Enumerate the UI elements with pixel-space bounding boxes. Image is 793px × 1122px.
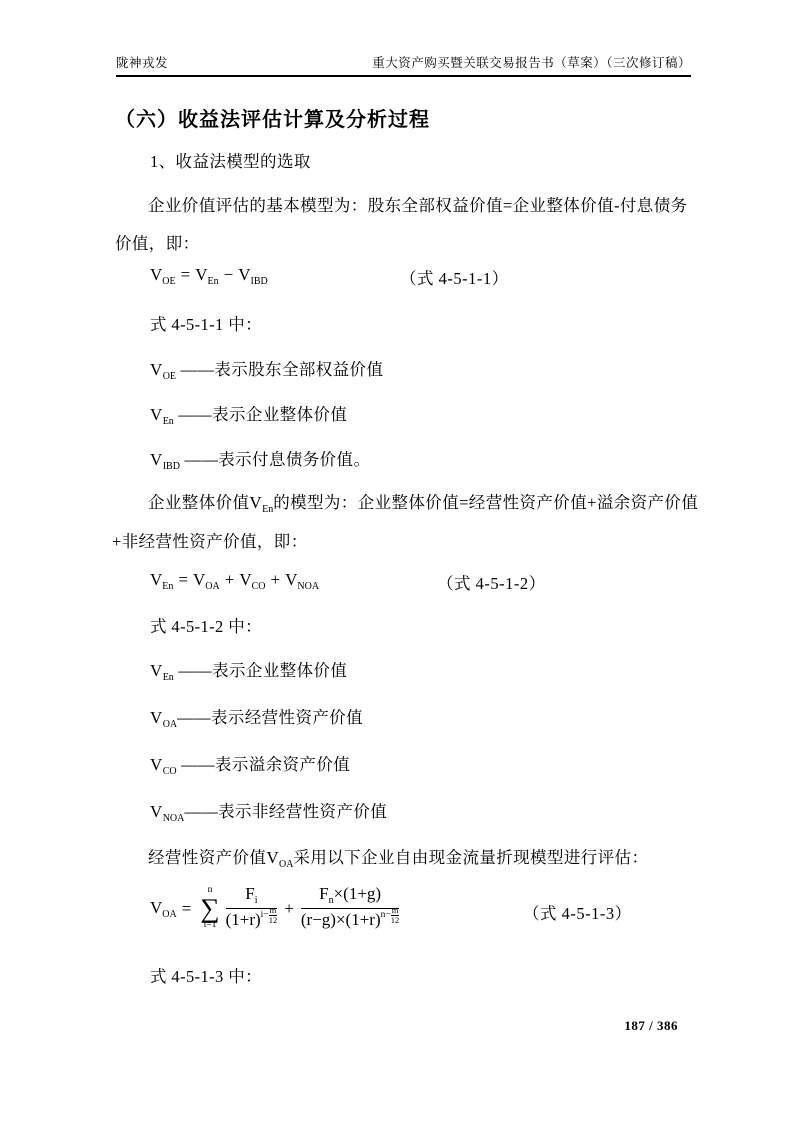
equals-sign: =: [182, 899, 192, 919]
header-left-short-title: 陇神戎发: [116, 53, 168, 71]
definition-vnoa-text: ——表示非经营性资产价值: [184, 802, 387, 821]
definition-voa: VOA——表示经营性资产价值: [150, 704, 363, 730]
formula2-label: （式 4-5-1-2）: [437, 570, 546, 594]
definition-vco: VCO ——表示溢余资产价值: [150, 751, 350, 777]
formula1-label: （式 4-5-1-1）: [400, 265, 509, 289]
paragraph-2-line-2: +非经营性资产价值，即：: [112, 528, 308, 552]
header-rule: [116, 75, 691, 77]
plus-sign: +: [271, 570, 281, 589]
definition-ven-2: VEn ——表示企业整体价值: [150, 657, 347, 683]
fraction2-denominator: (r−g)×(1+r)n−m12: [301, 909, 399, 933]
symbol-ven: VEn: [150, 661, 174, 680]
definition-voe: VOE ——表示股东全部权益价值: [150, 356, 383, 382]
formula1-note: 式 4-5-1-1 中：: [150, 311, 262, 335]
symbol-voe: VOE: [150, 360, 176, 379]
section-heading: 1、收益法模型的选取: [150, 148, 311, 172]
formula3-label: （式 4-5-1-3）: [523, 900, 632, 924]
equals-sign: =: [178, 570, 188, 589]
symbol-voa-inline: VOA: [266, 848, 293, 867]
symbol-vibd: VIBD: [150, 450, 180, 469]
formula3-note: 式 4-5-1-3 中：: [150, 963, 262, 987]
definition-vibd: VIBD ——表示付息债务价值。: [150, 446, 370, 472]
formula1-term-ven: VEn: [195, 265, 218, 284]
equals-sign: =: [181, 265, 191, 284]
fraction2-numerator: Fn×(1+g): [301, 884, 399, 909]
definition-ven: VEn ——表示企业整体价值: [150, 401, 347, 427]
formula2-note: 式 4-5-1-2 中：: [150, 613, 262, 637]
formula2-term-vco: VCO: [239, 570, 265, 589]
symbol-ven-inline: VEn: [249, 493, 273, 512]
formula2-term-ven: VEn: [150, 570, 173, 589]
plus-sign: +: [225, 570, 235, 589]
definition-vco-text: ——表示溢余资产价值: [177, 755, 351, 774]
page-title: （六）收益法评估计算及分析过程: [115, 103, 430, 132]
symbol-ven: VEn: [150, 405, 174, 424]
definition-ven-text: ——表示企业整体价值: [174, 661, 348, 680]
symbol-vnoa: VNOA: [150, 802, 184, 821]
symbol-vco: VCO: [150, 755, 177, 774]
definition-vnoa: VNOA——表示非经营性资产价值: [150, 798, 387, 824]
paragraph-2-line-1: 企业整体价值VEn的模型为：企业整体价值=经营性资产价值+溢余资产价值: [148, 489, 698, 515]
paragraph-1-line-1: 企业价值评估的基本模型为：股东全部权益价值=企业整体价值-付息债务: [148, 192, 688, 216]
page-number: 187 / 386: [624, 1018, 678, 1034]
formula2-term-voa: VOA: [193, 570, 220, 589]
paragraph-3: 经营性资产价值VOA采用以下企业自由现金流量折现模型进行评估：: [148, 844, 648, 870]
fraction-discounted-cashflow: Fi (1+r)i−m12: [226, 884, 278, 933]
definition-voe-text: ——表示股东全部权益价值: [176, 360, 383, 379]
formula-4-5-1-3: VOA = n ∑ i=1 Fi (1+r)i−m12 + Fn×(1+g) (…: [150, 884, 695, 933]
summation-symbol: n ∑ i=1: [200, 886, 219, 931]
header-right-report-title: 重大资产购买暨关联交易报告书（草案）（三次修订稿）: [372, 53, 691, 71]
minus-sign: −: [224, 265, 234, 284]
fraction-terminal-value: Fn×(1+g) (r−g)×(1+r)n−m12: [301, 884, 399, 933]
formula1-term-voe: VOE: [150, 265, 176, 284]
formula1-term-vibd: VIBD: [238, 265, 268, 284]
definition-voa-text: ——表示经营性资产价值: [177, 708, 363, 727]
formula-4-5-1-1: VOE=VEn−VIBD （式 4-5-1-1）: [150, 265, 690, 287]
document-page: 陇神戎发 重大资产购买暨关联交易报告书（草案）（三次修订稿） （六）收益法评估计…: [0, 0, 793, 1122]
definition-vibd-text: ——表示付息债务价值。: [180, 450, 370, 469]
plus-sign: +: [284, 899, 294, 919]
definition-ven-text: ——表示企业整体价值: [174, 405, 348, 424]
fraction1-denominator: (1+r)i−m12: [226, 909, 278, 933]
formula2-term-vnoa: VNOA: [285, 570, 319, 589]
formula3-term-voa: VOA: [150, 898, 177, 920]
paragraph-1-line-2: 价值，即：: [115, 230, 200, 254]
formula-4-5-1-2: VEn=VOA+VCO+VNOA （式 4-5-1-2）: [150, 570, 690, 592]
symbol-voa: VOA: [150, 708, 177, 727]
